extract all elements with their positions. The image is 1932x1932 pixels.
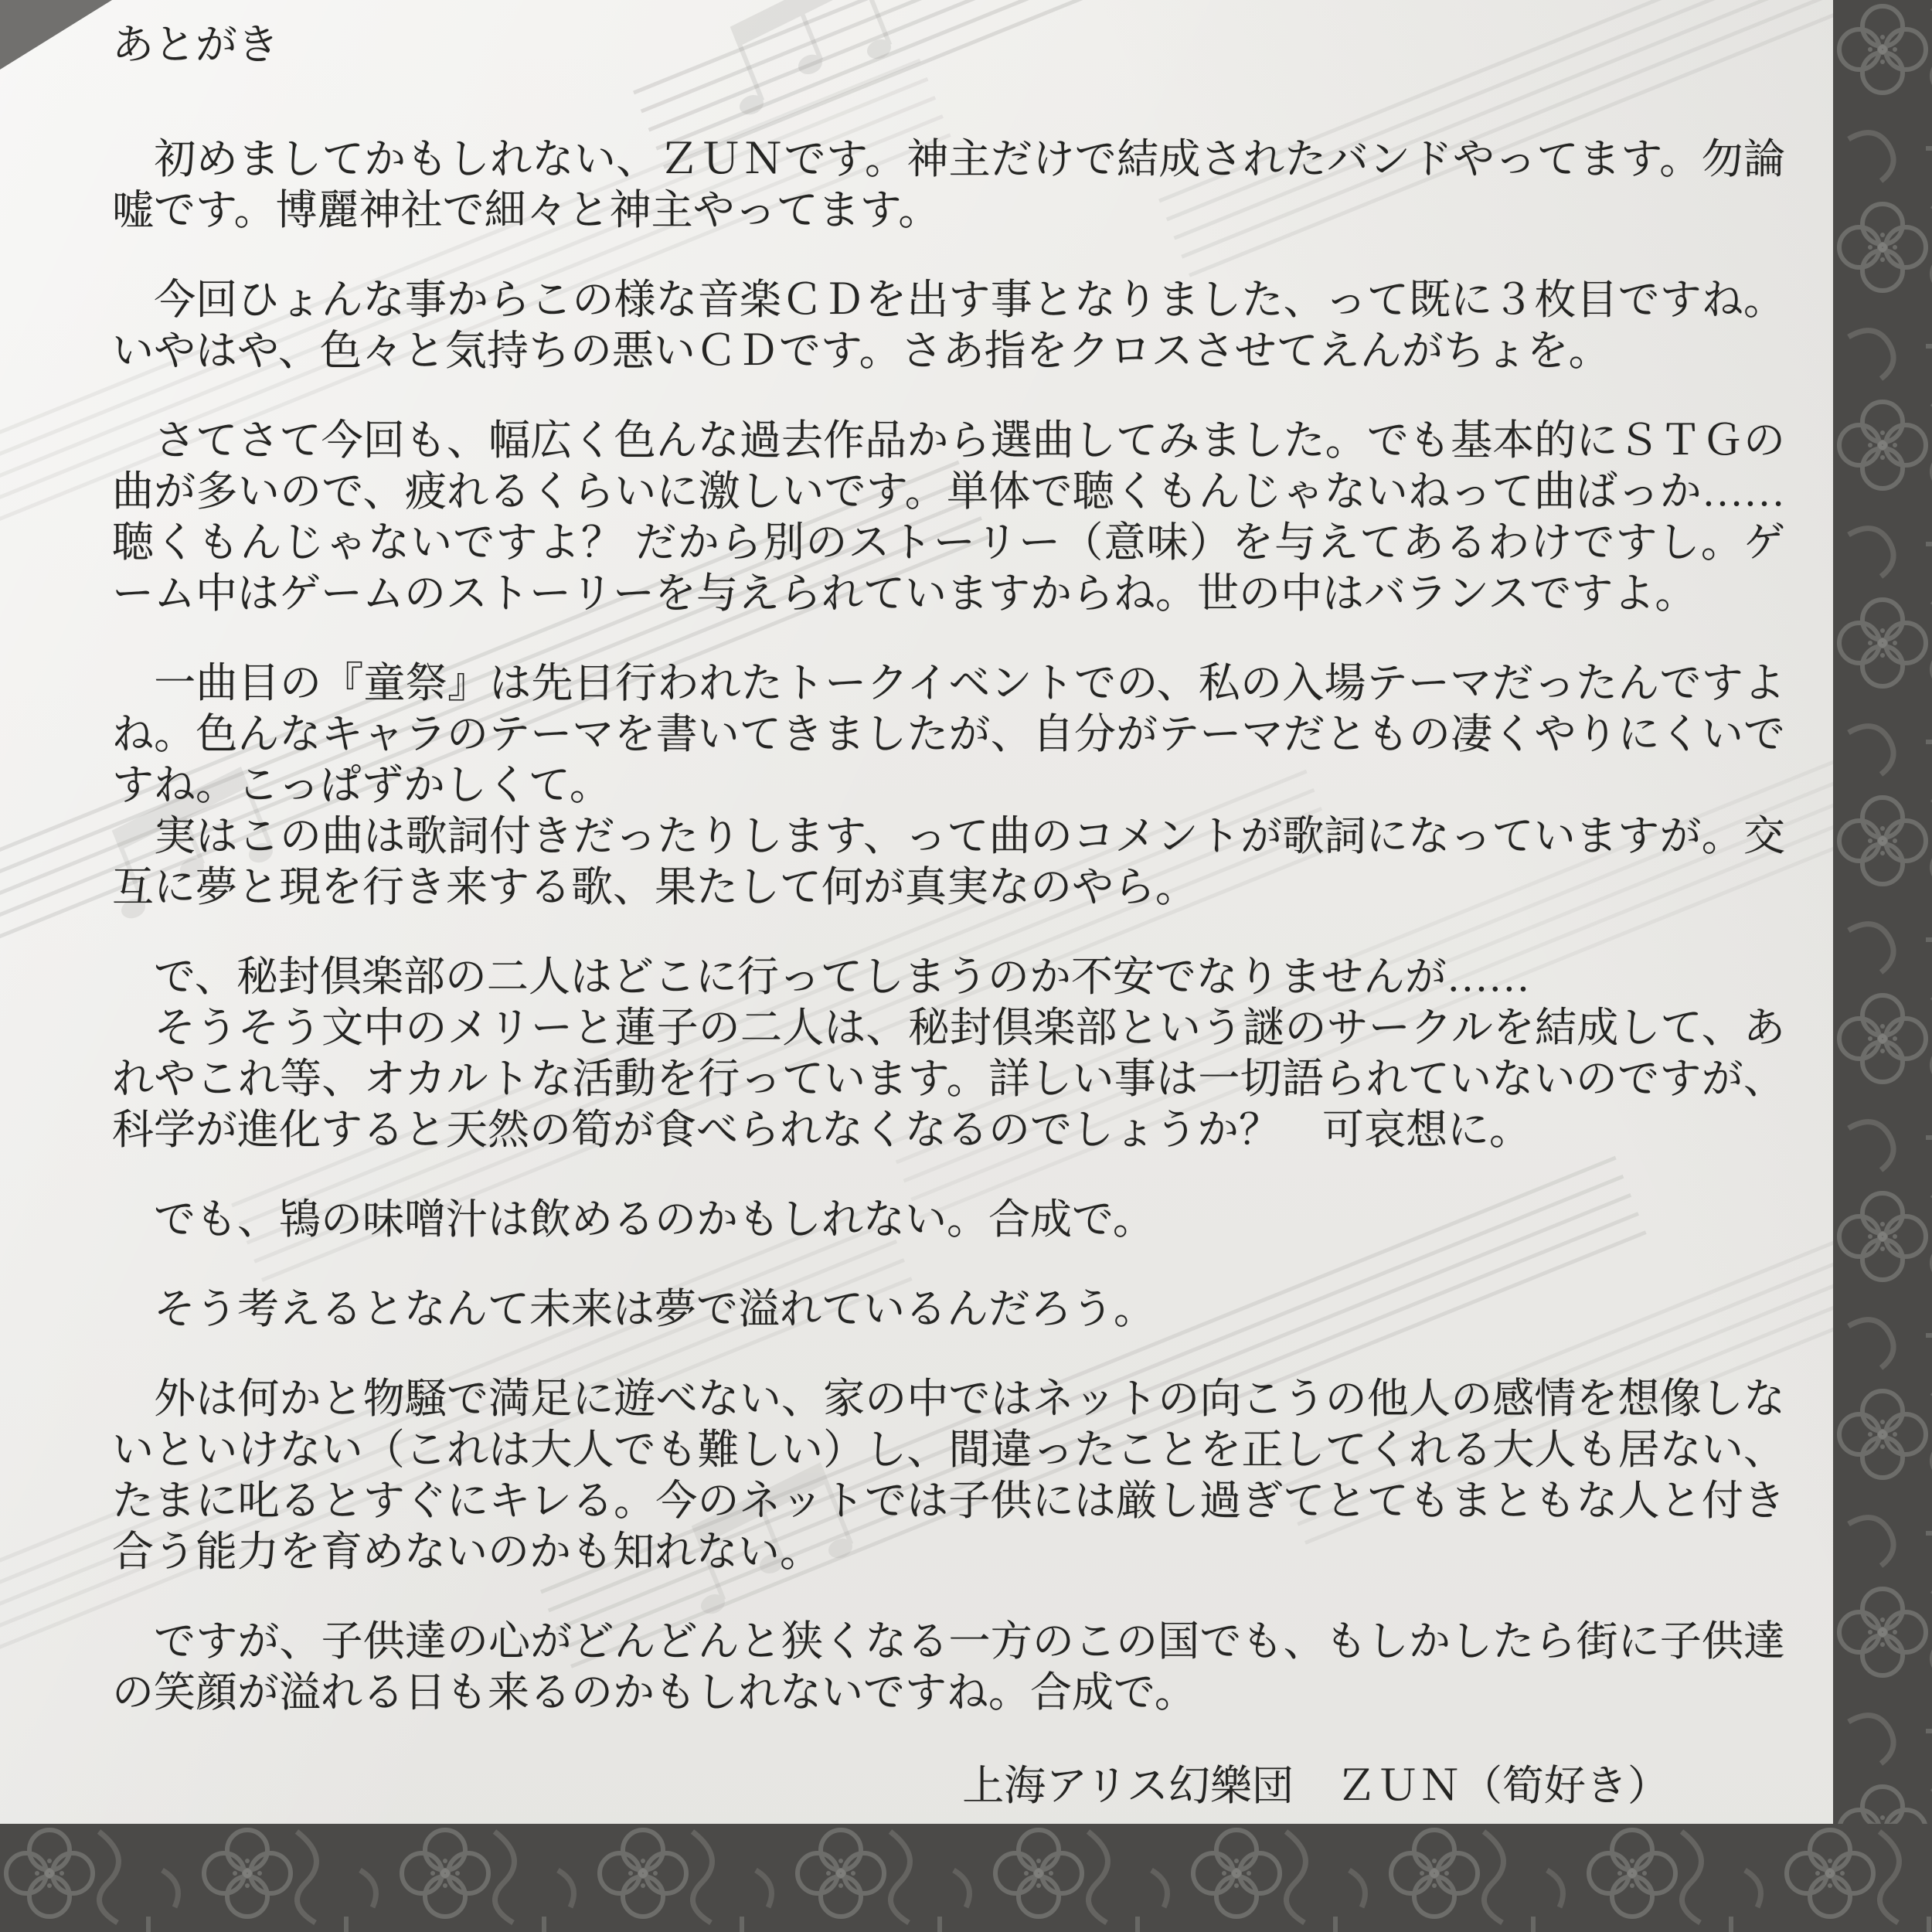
paragraph: でも、鴇の味噌汁は飲めるのかもしれない。合成で。 xyxy=(112,1194,1785,1245)
brocade-border-bottom xyxy=(0,1824,1932,1932)
afterword-text: あとがき 初めましてかもしれない、ＺＵＮです。神主だけで結成されたバンドやってま… xyxy=(112,19,1785,1811)
paragraph: 実はこの曲は歌詞付きだったりします、って曲のコメントが歌詞になっていますが。交互… xyxy=(112,811,1785,913)
brocade-border-right xyxy=(1833,0,1932,1932)
paragraph: そう考えるとなんて未来は夢で溢れているんだろう。 xyxy=(112,1284,1785,1335)
paragraph: そうそう文中のメリーと蓮子の二人は、秘封倶楽部という謎のサークルを結成して、あれ… xyxy=(112,1002,1785,1155)
paragraph: 初めましてかもしれない、ＺＵＮです。神主だけで結成されたバンドやってます。勿論嘘… xyxy=(112,134,1785,236)
page-background: あとがき 初めましてかもしれない、ＺＵＮです。神主だけで結成されたバンドやってま… xyxy=(0,0,1932,1932)
paragraph: 外は何かと物騒で満足に遊べない、家の中ではネットの向こうの他人の感情を想像しない… xyxy=(112,1373,1785,1577)
paragraph: 今回ひょんな事からこの様な音楽ＣＤを出す事となりました、って既に３枚目ですね。い… xyxy=(112,274,1785,376)
signature: 上海アリス幻樂団 ＺＵＮ（筍好き） xyxy=(112,1760,1785,1811)
paragraph: さてさて今回も、幅広く色んな過去作品から選曲してみました。でも基本的にＳＴＧの曲… xyxy=(112,415,1785,619)
afterword-heading: あとがき xyxy=(112,19,1785,70)
paragraph: 一曲目の『童祭』は先日行われたトークイベントでの、私の入場テーマだったんですよね… xyxy=(112,658,1785,811)
scan-corner-artifact xyxy=(0,0,124,124)
paragraph: で、秘封倶楽部の二人はどこに行ってしまうのか不安でなりませんが…… xyxy=(112,951,1785,1002)
paragraph: ですが、子供達の心がどんどんと狭くなる一方のこの国でも、もしかしたら街に子供達の… xyxy=(112,1616,1785,1718)
